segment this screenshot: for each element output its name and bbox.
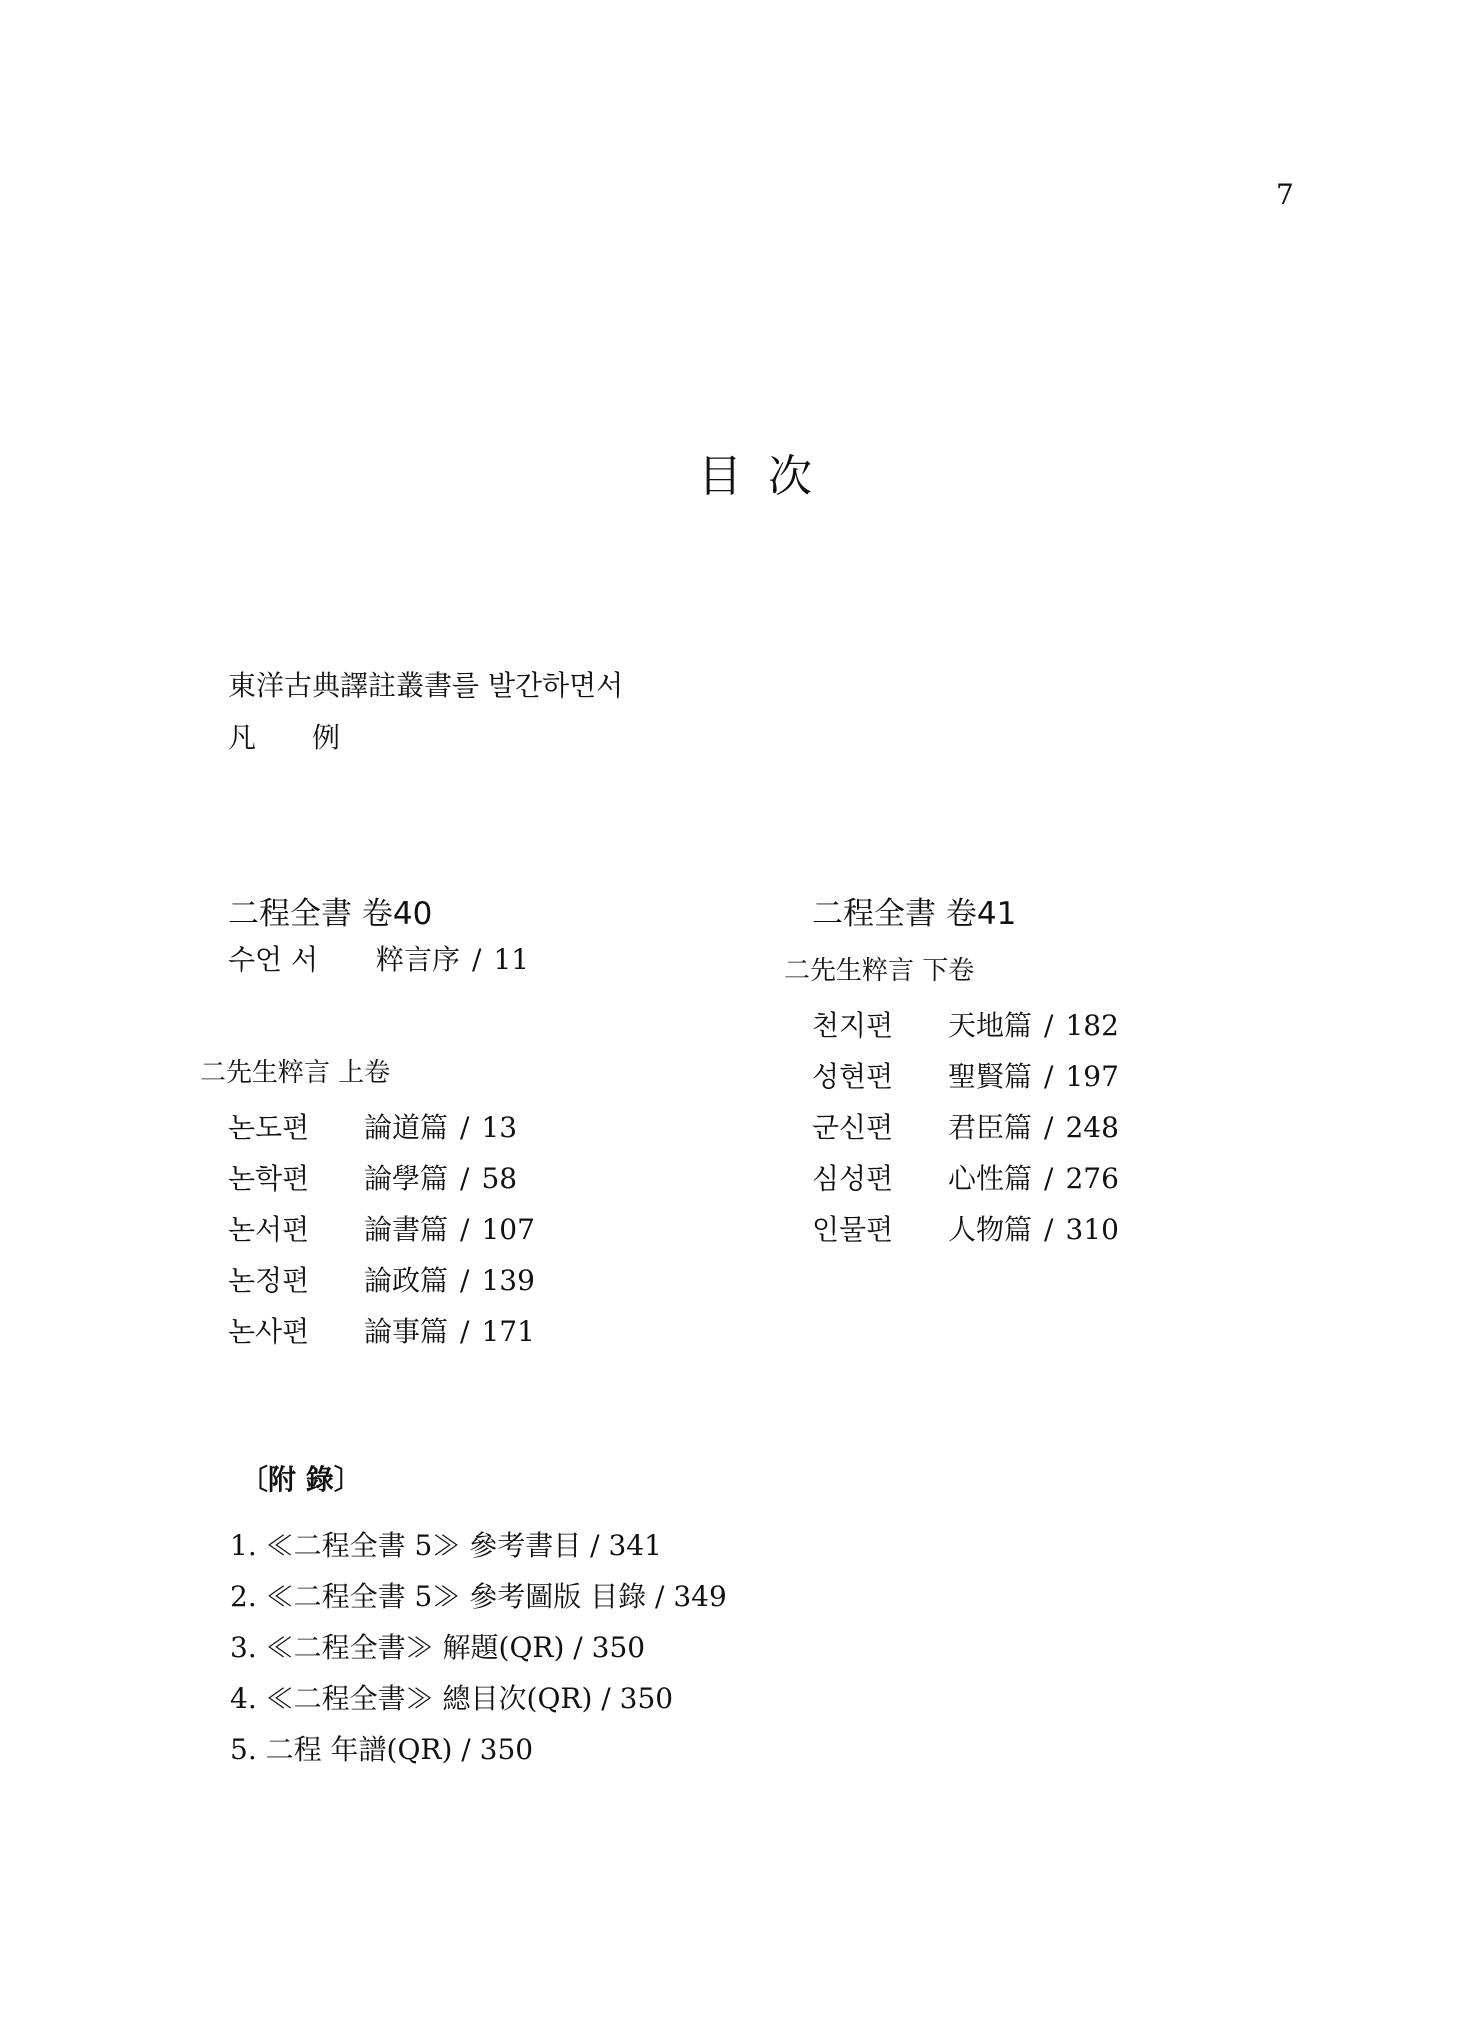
entry-hanja-title: 論學篇 bbox=[364, 1159, 448, 1199]
entry-hanja-title: 心性篇 bbox=[948, 1159, 1032, 1199]
separator: / bbox=[460, 1315, 469, 1348]
entry-page-number: 139 bbox=[481, 1264, 534, 1297]
separator: / bbox=[460, 1162, 469, 1195]
toc-entry[interactable]: 군신편君臣篇/248 bbox=[812, 1108, 1119, 1148]
front-matter-explanatory-notes[interactable]: 凡 例 bbox=[228, 716, 340, 756]
entry-page-number: 197 bbox=[1065, 1060, 1118, 1093]
entry-page-number: 276 bbox=[1065, 1162, 1118, 1195]
entry-page-number: 171 bbox=[481, 1315, 534, 1348]
separator: / bbox=[1044, 1060, 1053, 1093]
separator: / bbox=[1044, 1111, 1053, 1144]
separator: / bbox=[460, 1111, 469, 1144]
entry-korean-title: 심성편 bbox=[812, 1159, 948, 1199]
entry-hanja-title: 人物篇 bbox=[948, 1210, 1032, 1250]
toc-entry[interactable]: 인물편人物篇/310 bbox=[812, 1210, 1119, 1250]
entry-korean-title: 천지편 bbox=[812, 1006, 948, 1046]
entry-korean-title: 논서편 bbox=[228, 1210, 364, 1250]
volume-40-heading: 二程全書 卷40 bbox=[228, 888, 432, 933]
entry-hanja-title: 論事篇 bbox=[364, 1312, 448, 1352]
toc-entry[interactable]: 성현편聖賢篇/197 bbox=[812, 1057, 1119, 1097]
entry-hanja-title: 論政篇 bbox=[364, 1261, 448, 1301]
entry-hanja-title: 粹言序 bbox=[376, 940, 460, 980]
toc-entry[interactable]: 논학편論學篇/58 bbox=[228, 1159, 517, 1199]
entry-page-number: 13 bbox=[481, 1111, 517, 1144]
separator: / bbox=[1044, 1213, 1053, 1246]
entry-korean-title: 군신편 bbox=[812, 1108, 948, 1148]
separator: / bbox=[1044, 1009, 1053, 1042]
entry-page-number: 182 bbox=[1065, 1009, 1118, 1042]
volume-41-subheading: 二先生粹言 下卷 bbox=[784, 950, 974, 987]
separator: / bbox=[1044, 1162, 1053, 1195]
separator: / bbox=[472, 943, 481, 976]
appendix-item-plates-list[interactable]: 2. ≪二程全書 5≫ 參考圖版 目錄 / 349 bbox=[230, 1571, 727, 1622]
front-matter-publication-preface[interactable]: 東洋古典譯註叢書를 발간하면서 bbox=[228, 664, 623, 704]
appendix-item-bibliographic-introduction[interactable]: 3. ≪二程全書≫ 解題(QR) / 350 bbox=[230, 1622, 645, 1673]
volume-40-preface-entry[interactable]: 수언 서粹言序/11 bbox=[228, 940, 529, 980]
appendix-item-references[interactable]: 1. ≪二程全書 5≫ 參考書目 / 341 bbox=[230, 1520, 662, 1571]
appendix-heading: 〔附 錄〕 bbox=[240, 1458, 362, 1498]
appendix-item-chronology[interactable]: 5. 二程 年譜(QR) / 350 bbox=[230, 1724, 533, 1775]
toc-entry[interactable]: 심성편心性篇/276 bbox=[812, 1159, 1119, 1199]
toc-entry[interactable]: 논사편論事篇/171 bbox=[228, 1312, 535, 1352]
entry-korean-title: 인물편 bbox=[812, 1210, 948, 1250]
entry-korean-title: 논도편 bbox=[228, 1108, 364, 1148]
entry-hanja-title: 論道篇 bbox=[364, 1108, 448, 1148]
entry-page-number: 107 bbox=[481, 1213, 534, 1246]
entry-page-number: 11 bbox=[493, 943, 529, 976]
entry-hanja-title: 聖賢篇 bbox=[948, 1057, 1032, 1097]
entry-hanja-title: 君臣篇 bbox=[948, 1108, 1032, 1148]
toc-entry[interactable]: 논정편論政篇/139 bbox=[228, 1261, 535, 1301]
entry-korean-title: 논사편 bbox=[228, 1312, 364, 1352]
toc-entry[interactable]: 천지편天地篇/182 bbox=[812, 1006, 1119, 1046]
entry-korean-title: 논학편 bbox=[228, 1159, 364, 1199]
page-title: 目次 bbox=[698, 440, 838, 504]
entry-hanja-title: 論書篇 bbox=[364, 1210, 448, 1250]
toc-entry[interactable]: 논서편論書篇/107 bbox=[228, 1210, 535, 1250]
entry-korean-title: 수언 서 bbox=[228, 940, 376, 980]
toc-entry[interactable]: 논도편論道篇/13 bbox=[228, 1108, 517, 1148]
entry-page-number: 248 bbox=[1065, 1111, 1118, 1144]
separator: / bbox=[460, 1264, 469, 1297]
entry-korean-title: 논정편 bbox=[228, 1261, 364, 1301]
page-number: 7 bbox=[1276, 178, 1294, 211]
separator: / bbox=[460, 1213, 469, 1246]
entry-page-number: 310 bbox=[1065, 1213, 1118, 1246]
appendix-item-general-contents[interactable]: 4. ≪二程全書≫ 總目次(QR) / 350 bbox=[230, 1673, 673, 1724]
volume-40-subheading: 二先生粹言 上卷 bbox=[200, 1052, 390, 1089]
entry-korean-title: 성현편 bbox=[812, 1057, 948, 1097]
entry-hanja-title: 天地篇 bbox=[948, 1006, 1032, 1046]
entry-page-number: 58 bbox=[481, 1162, 517, 1195]
volume-41-heading: 二程全書 卷41 bbox=[812, 888, 1016, 933]
